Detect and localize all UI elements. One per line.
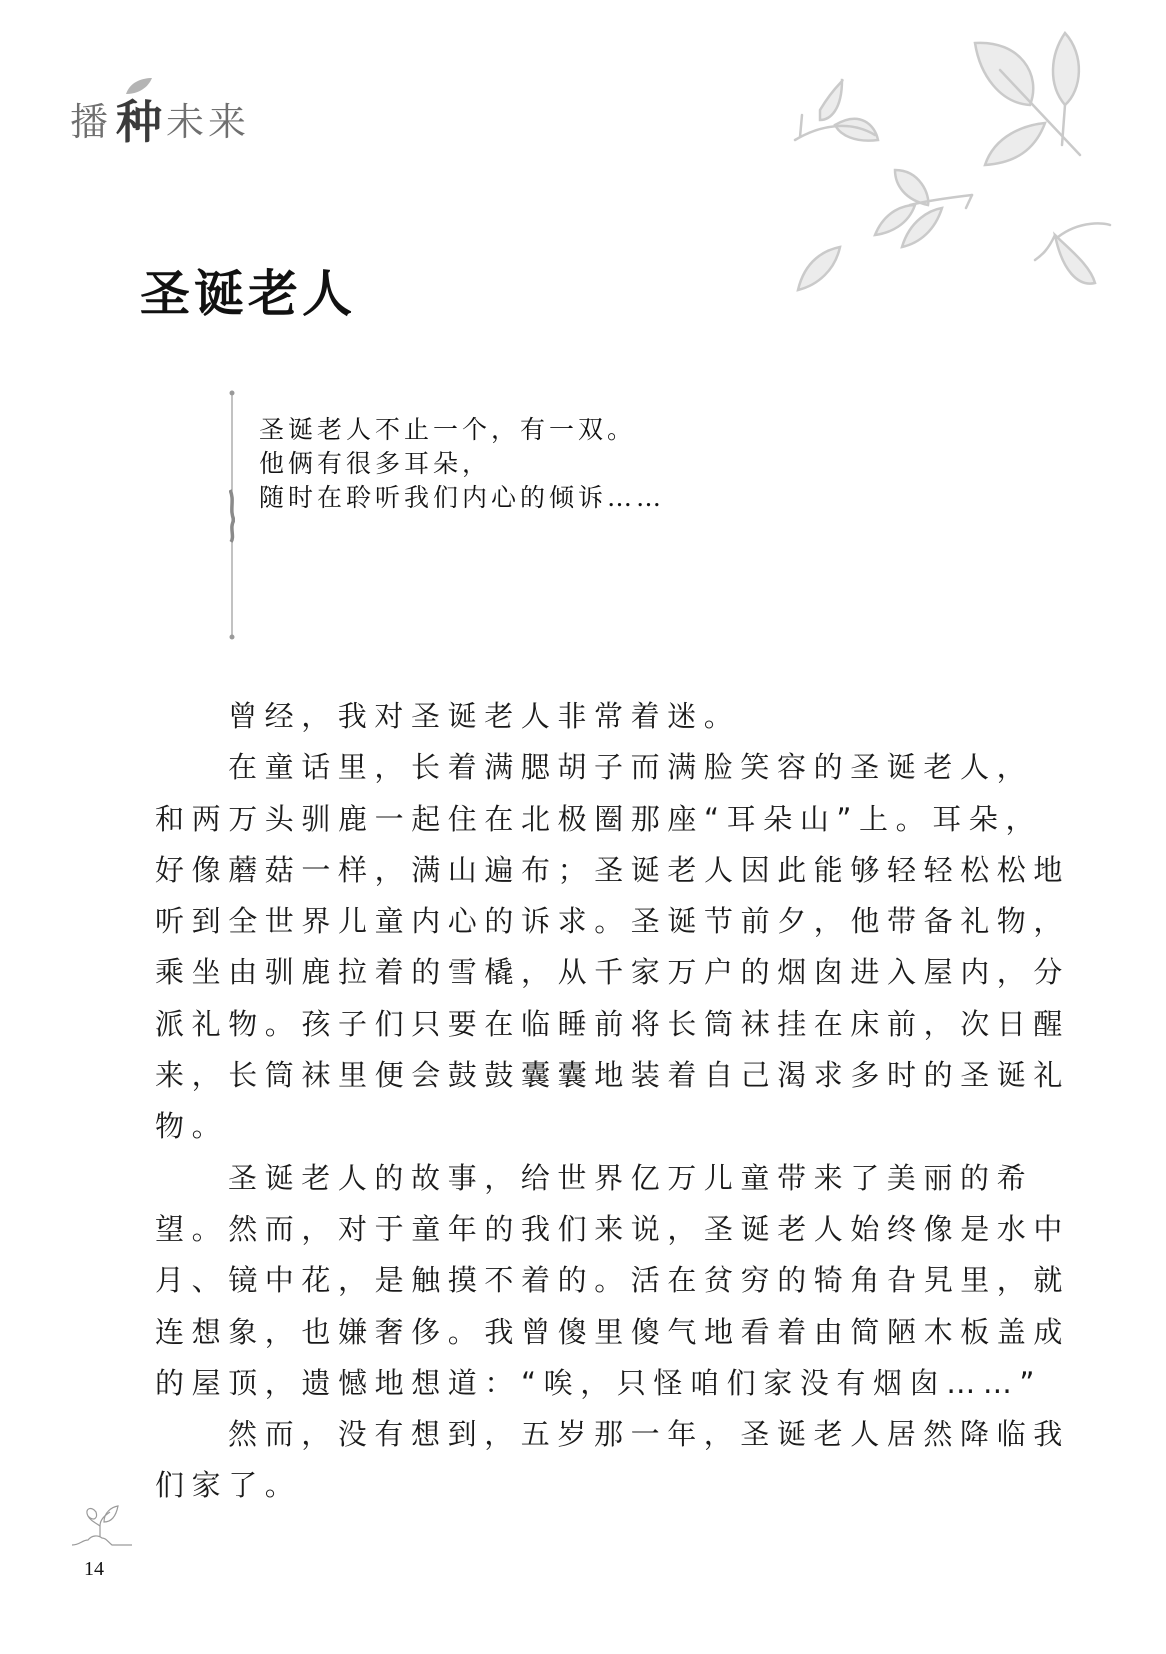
- page-number: 14: [84, 1558, 104, 1581]
- body-line: 望。然而，对于童年的我们来说，圣诞老人始终像是水中: [155, 1204, 975, 1255]
- body-line: 圣诞老人的故事，给世界亿万儿童带来了美丽的希: [155, 1153, 975, 1204]
- body-line: 好像蘑菇一样，满山遍布；圣诞老人因此能够轻轻松松地: [155, 845, 975, 896]
- epigraph-bar-icon: [229, 390, 235, 640]
- series-title-char-1: 播: [70, 94, 112, 150]
- body-line: 月、镜中花，是触摸不着的。活在贫穷的犄角旮旯里，就: [155, 1255, 975, 1306]
- body-line: 和两万头驯鹿一起住在北极圈那座“耳朵山”上。耳朵，: [155, 794, 975, 845]
- body-line: 然而，没有想到，五岁那一年，圣诞老人居然降临我: [155, 1409, 975, 1460]
- body-line: 听到全世界儿童内心的诉求。圣诞节前夕，他带备礼物，: [155, 896, 975, 947]
- body-line: 派礼物。孩子们只要在临睡前将长筒袜挂在床前，次日醒: [155, 999, 975, 1050]
- sprout-icon: [70, 1502, 134, 1552]
- series-title-rest: 未来: [166, 94, 250, 150]
- body-line: 们家了。: [155, 1460, 975, 1511]
- leaves-decoration-icon: [780, 25, 1166, 315]
- epigraph-line: 随时在聆听我们内心的倾诉……: [259, 481, 665, 515]
- leaf-accent-icon: [124, 76, 154, 96]
- body-line: 连想象，也嫌奢侈。我曾傻里傻气地看着由简陋木板盖成: [155, 1307, 975, 1358]
- body-line: 物。: [155, 1101, 975, 1152]
- body-line: 的屋顶，遗憾地想道：“唉，只怪咱们家没有烟囱……”: [155, 1358, 975, 1409]
- epigraph: 圣诞老人不止一个，有一双。 他俩有很多耳朵， 随时在聆听我们内心的倾诉……: [259, 413, 665, 515]
- body-line: 在童话里，长着满腮胡子而满脸笑容的圣诞老人，: [155, 742, 975, 793]
- epigraph-line: 他俩有很多耳朵，: [259, 447, 665, 481]
- series-title: 播 种 未来: [70, 86, 250, 150]
- epigraph-line: 圣诞老人不止一个，有一双。: [259, 413, 665, 447]
- chapter-title: 圣诞老人: [140, 262, 356, 326]
- series-title-char-2: 种: [116, 94, 162, 150]
- body-line: 乘坐由驯鹿拉着的雪橇，从千家万户的烟囱进入屋内，分: [155, 947, 975, 998]
- body-line: 来，长筒袜里便会鼓鼓囊囊地装着自己渴求多时的圣诞礼: [155, 1050, 975, 1101]
- body-text: 曾经，我对圣诞老人非常着迷。 在童话里，长着满腮胡子而满脸笑容的圣诞老人， 和两…: [155, 691, 975, 1512]
- body-line: 曾经，我对圣诞老人非常着迷。: [155, 691, 975, 742]
